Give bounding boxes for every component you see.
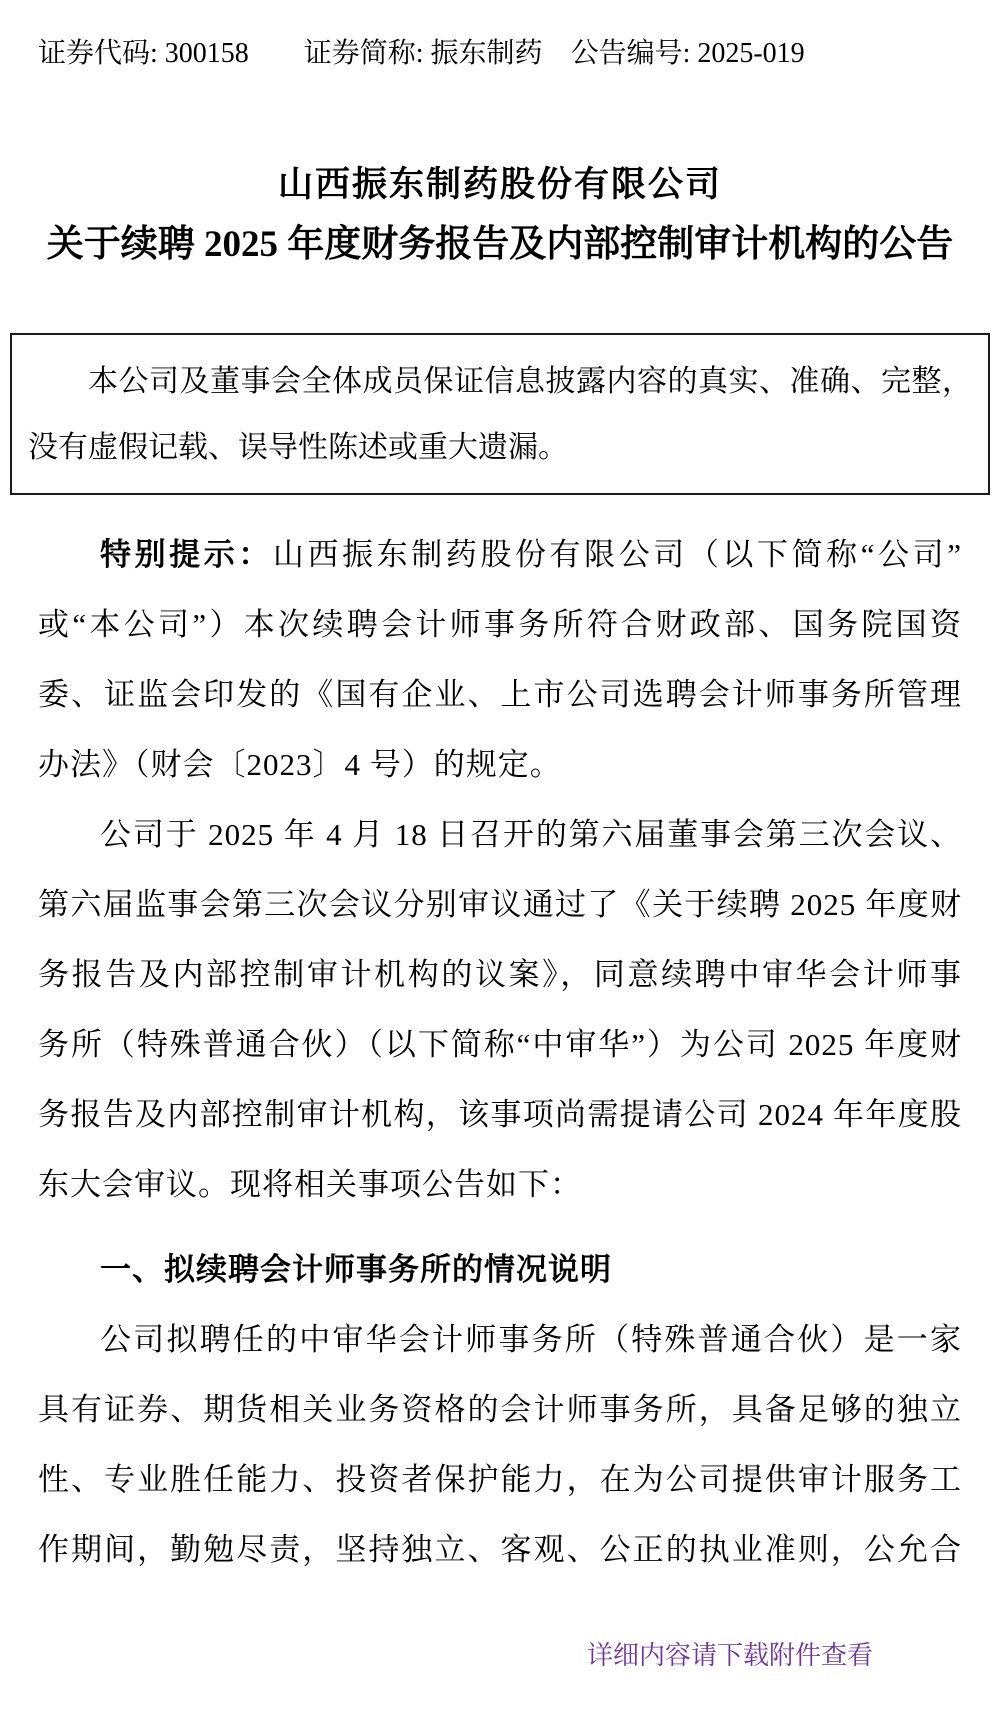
body-line: 公司于 2025 年 4 月 18 日召开的第六届董事会第三次会议、 — [38, 800, 962, 870]
stock-short-name-text: 证券简称: 振东制药 — [304, 36, 543, 72]
stock-code-text: 证券代码: 300158 — [38, 36, 249, 72]
disclaimer-line-2: 没有虚假记载、误导性陈述或重大遗漏。 — [28, 415, 972, 481]
special-note-label: 特别提示： — [100, 537, 273, 572]
announcement-document-page: 证券代码: 300158 证券简称: 振东制药 公告编号: 2025-019 山… — [0, 0, 1000, 1736]
body-line: 作期间，勤勉尽责，坚持独立、客观、公正的执业准则，公允合 — [38, 1515, 962, 1585]
announcement-body: 特别提示：山西振东制药股份有限公司（以下简称“公司” 或“本公司”）本次续聘会计… — [38, 520, 962, 1585]
body-line: 具有证券、期货相关业务资格的会计师事务所，具备足够的独立 — [38, 1375, 962, 1445]
body-line: 务所（特殊普通合伙）（以下简称“中审华”）为公司 2025 年度财 — [38, 1010, 962, 1080]
disclaimer-box: 本公司及董事会全体成员保证信息披露内容的真实、准确、完整， 没有虚假记载、误导性… — [10, 333, 990, 495]
attachment-footer: 详细内容请下载附件查看 — [0, 1641, 1000, 1675]
body-line: 特别提示：山西振东制药股份有限公司（以下简称“公司” — [38, 520, 962, 590]
body-line: 第六届监事会第三次会议分别审议通过了《关于续聘 2025 年度财 — [38, 870, 962, 940]
body-line: 或“本公司”）本次续聘会计师事务所符合财政部、国务院国资 — [38, 590, 962, 660]
body-line-text: 山西振东制药股份有限公司（以下简称“公司” — [273, 537, 962, 572]
section-one-heading: 一、拟续聘会计师事务所的情况说明 — [38, 1235, 962, 1305]
announcement-title: 关于续聘 2025 年度财务报告及内部控制审计机构的公告 — [0, 222, 1000, 268]
body-line: 办法》（财会〔2023〕4 号）的规定。 — [38, 730, 962, 800]
disclaimer-line-1: 本公司及董事会全体成员保证信息披露内容的真实、准确、完整， — [28, 349, 972, 415]
body-line: 性、专业胜任能力、投资者保护能力，在为公司提供审计服务工 — [38, 1445, 962, 1515]
body-line: 务报告及内部控制审计机构的议案》，同意续聘中审华会计师事 — [38, 940, 962, 1010]
body-line: 东大会审议。现将相关事项公告如下： — [38, 1150, 962, 1220]
announcement-number-text: 公告编号: 2025-019 — [571, 36, 805, 72]
body-line: 务报告及内部控制审计机构，该事项尚需提请公司 2024 年年度股 — [38, 1080, 962, 1150]
body-line: 公司拟聘任的中审华会计师事务所（特殊普通合伙）是一家 — [38, 1305, 962, 1375]
company-name-title: 山西振东制药股份有限公司 — [0, 160, 1000, 210]
securities-info-bar: 证券代码: 300158 证券简称: 振东制药 公告编号: 2025-019 — [0, 0, 1000, 72]
download-attachment-link[interactable]: 详细内容请下载附件查看 — [587, 1641, 873, 1670]
body-line: 委、证监会印发的《国有企业、上市公司选聘会计师事务所管理 — [38, 660, 962, 730]
